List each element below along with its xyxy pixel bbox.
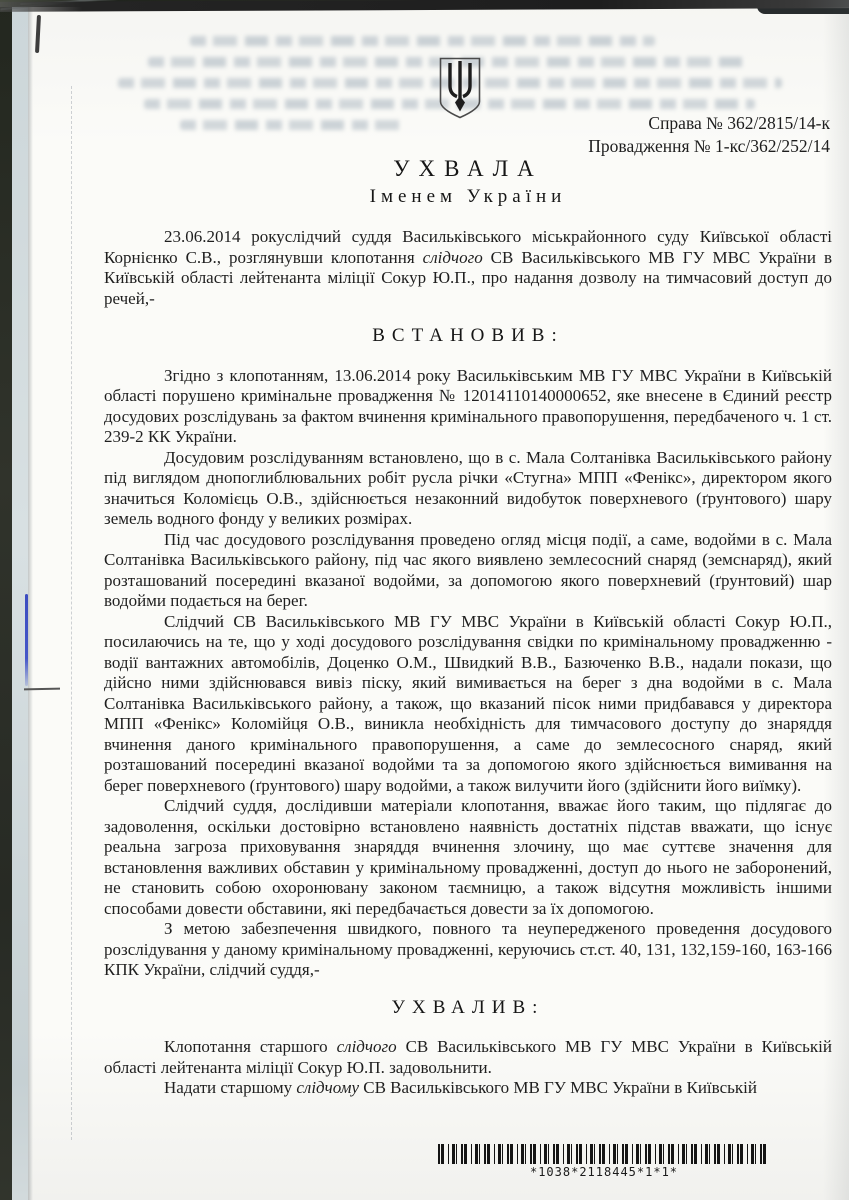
established-heading: ВСТАНОВИВ: bbox=[104, 326, 832, 347]
paragraph-facts-4: Слідчий СВ Васильківського МВ ГУ МВС Укр… bbox=[104, 612, 832, 797]
proceeding-number: Провадження № 1-кс/362/252/14 bbox=[588, 135, 830, 158]
page-edge-shadow bbox=[28, 0, 33, 1200]
paragraph-ruling-2: Надати старшому слідчому СВ Васильківськ… bbox=[104, 1078, 832, 1099]
scanner-bottom-edge bbox=[0, 0, 849, 12]
document-title: УХВАЛА bbox=[102, 156, 834, 182]
pen-mark bbox=[25, 594, 28, 686]
scanned-court-document: Справа № 362/2815/14-к Провадження № 1-к… bbox=[0, 0, 849, 1200]
paragraph-facts-3: Під час досудового розслідування проведе… bbox=[104, 530, 832, 612]
barcode-text: *1038*2118445*1*1* bbox=[438, 1165, 770, 1179]
document-subtitle: Іменем України bbox=[102, 186, 834, 208]
scanner-left-edge bbox=[0, 0, 12, 1200]
ukraine-trident-coat-of-arms-icon bbox=[437, 56, 483, 120]
case-number: Справа № 362/2815/14-к bbox=[588, 112, 830, 135]
document-body: 23.06.2014 рокуслідчий суддя Васильківсь… bbox=[104, 227, 832, 1099]
barcode: *1038*2118445*1*1* bbox=[438, 1144, 770, 1179]
paragraph-ruling-1: Клопотання старшого слідчого СВ Василькі… bbox=[104, 1037, 832, 1078]
paragraph-facts-5: Слідчий суддя, дослідивши матеріали клоп… bbox=[104, 796, 832, 919]
paragraph-facts-2: Досудовим розслідуванням встановлено, що… bbox=[104, 448, 832, 530]
paragraph-facts-6: З метою забезпечення швидкого, повного т… bbox=[104, 919, 832, 981]
fold-line bbox=[71, 86, 72, 1140]
barcode-bars bbox=[438, 1144, 770, 1164]
ruled-heading: УХВАЛИВ: bbox=[104, 998, 832, 1019]
paragraph-intro: 23.06.2014 рокуслідчий суддя Васильківсь… bbox=[104, 227, 832, 309]
paragraph-facts-1: Згідно з клопотанням, 13.06.2014 року Ва… bbox=[104, 366, 832, 448]
staple-mark bbox=[35, 15, 41, 53]
pencil-line bbox=[24, 688, 60, 691]
